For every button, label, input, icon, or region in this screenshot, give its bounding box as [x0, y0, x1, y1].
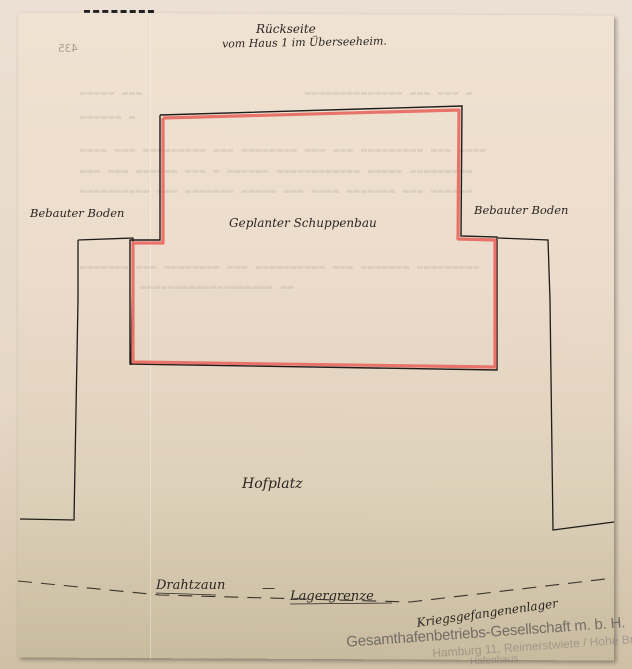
label-camp-border: Lagergrenze	[290, 589, 374, 604]
right-building-outline	[498, 238, 614, 530]
label-separator: —	[262, 581, 275, 596]
label-built-ground-left: Bebauter Boden	[30, 206, 124, 220]
left-building-outline	[78, 238, 133, 365]
planned-shed-red-outline	[133, 110, 495, 367]
label-built-ground-right: Bebauter Boden	[474, 203, 568, 217]
plan-title-line1: Rückseite	[256, 22, 316, 36]
label-wire-fence: Drahtzaun	[156, 578, 225, 593]
label-yard: Hofplatz	[242, 476, 303, 492]
label-planned-shed: Geplanter Schuppenbau	[229, 216, 377, 230]
site-plan-drawing	[0, 0, 632, 669]
planned-shed-black-outline	[130, 106, 497, 370]
left-building-wall	[20, 240, 78, 520]
